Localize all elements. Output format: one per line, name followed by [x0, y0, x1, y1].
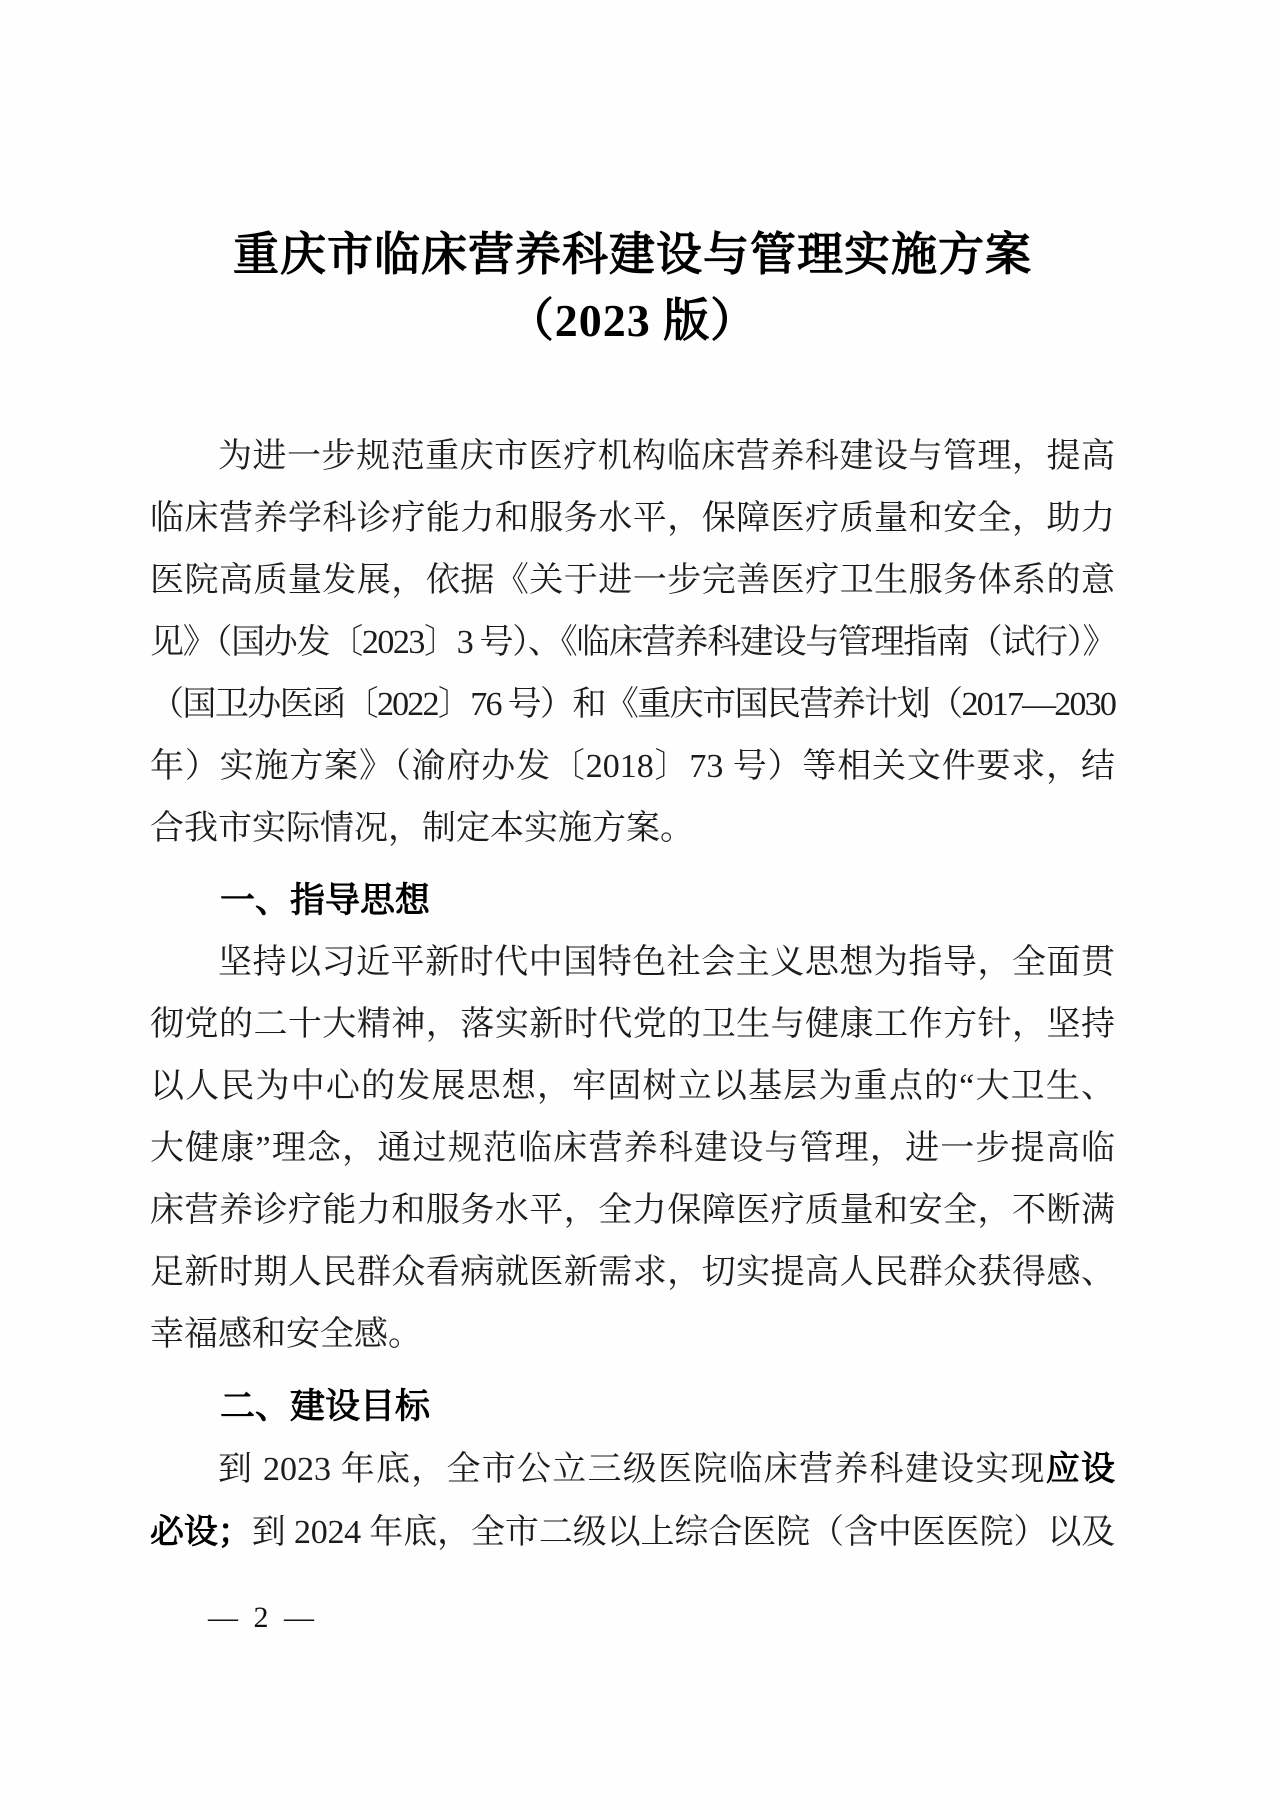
paragraph-text: 到 2023 年底，全市公立三级医院临床营养科建设实现 [218, 1451, 1046, 1488]
paragraph-line: 幸福感和安全感。 [150, 1304, 1115, 1366]
paragraph-text: 到 2024 年底，全市二级以上综合医院（含中医医院）以及 [252, 1514, 1115, 1551]
document-content: 重庆市临床营养科建设与管理实施方案 （2023 版） 为进一步规范重庆市医疗机构… [150, 222, 1115, 1564]
paragraph-line: 临床营养学科诊疗能力和服务水平，保障医疗质量和安全，助力 [150, 488, 1115, 550]
paragraph-line: 足新时期人民群众看病就医新需求，切实提高人民群众获得感、 [150, 1242, 1115, 1304]
paragraph-line: 医院高质量发展，依据《关于进一步完善医疗卫生服务体系的意 [150, 550, 1115, 612]
paragraph-guiding-ideology: 坚持以习近平新时代中国特色社会主义思想为指导，全面贯 彻党的二十大精神，落实新时… [150, 932, 1115, 1366]
document-body: 为进一步规范重庆市医疗机构临床营养科建设与管理，提高 临床营养学科诊疗能力和服务… [150, 426, 1115, 1564]
page-number: — 2 — [208, 1598, 318, 1638]
paragraph-line: 到 2023 年底，全市公立三级医院临床营养科建设实现应设 [150, 1438, 1115, 1501]
paragraph-line: （国卫办医函〔2022〕76 号）和《重庆市国民营养计划（2017—2030 [150, 674, 1115, 736]
emphasized-term: 必设； [150, 1513, 252, 1551]
title-line-2: （2023 版） [150, 288, 1115, 354]
paragraph-line: 年）实施方案》（渝府办发〔2018〕73 号）等相关文件要求，结 [150, 736, 1115, 798]
paragraph-line: 为进一步规范重庆市医疗机构临床营养科建设与管理，提高 [150, 426, 1115, 488]
document-page: 重庆市临床营养科建设与管理实施方案 （2023 版） 为进一步规范重庆市医疗机构… [0, 0, 1280, 1810]
emphasized-term: 应设 [1046, 1450, 1115, 1488]
document-title: 重庆市临床营养科建设与管理实施方案 （2023 版） [150, 222, 1115, 354]
paragraph-line: 见》（国办发〔2023〕3 号）、《临床营养科建设与管理指南（试行）》 [150, 612, 1115, 674]
paragraph-line: 坚持以习近平新时代中国特色社会主义思想为指导，全面贯 [150, 932, 1115, 994]
section-heading-construction-goals: 二、建设目标 [150, 1376, 1115, 1438]
title-line-1: 重庆市临床营养科建设与管理实施方案 [150, 222, 1115, 288]
paragraph-line: 以人民为中心的发展思想，牢固树立以基层为重点的“大卫生、 [150, 1056, 1115, 1118]
paragraph-line: 彻党的二十大精神，落实新时代党的卫生与健康工作方针，坚持 [150, 994, 1115, 1056]
paragraph-line: 合我市实际情况，制定本实施方案。 [150, 798, 1115, 860]
paragraph-line: 大健康”理念，通过规范临床营养科建设与管理，进一步提高临 [150, 1118, 1115, 1180]
paragraph-line: 必设；到 2024 年底，全市二级以上综合医院（含中医医院）以及 [150, 1501, 1115, 1564]
paragraph-line: 床营养诊疗能力和服务水平，全力保障医疗质量和安全，不断满 [150, 1180, 1115, 1242]
paragraph-intro: 为进一步规范重庆市医疗机构临床营养科建设与管理，提高 临床营养学科诊疗能力和服务… [150, 426, 1115, 860]
section-heading-guiding-ideology: 一、指导思想 [150, 870, 1115, 932]
paragraph-construction-goals: 到 2023 年底，全市公立三级医院临床营养科建设实现应设 必设；到 2024 … [150, 1438, 1115, 1564]
